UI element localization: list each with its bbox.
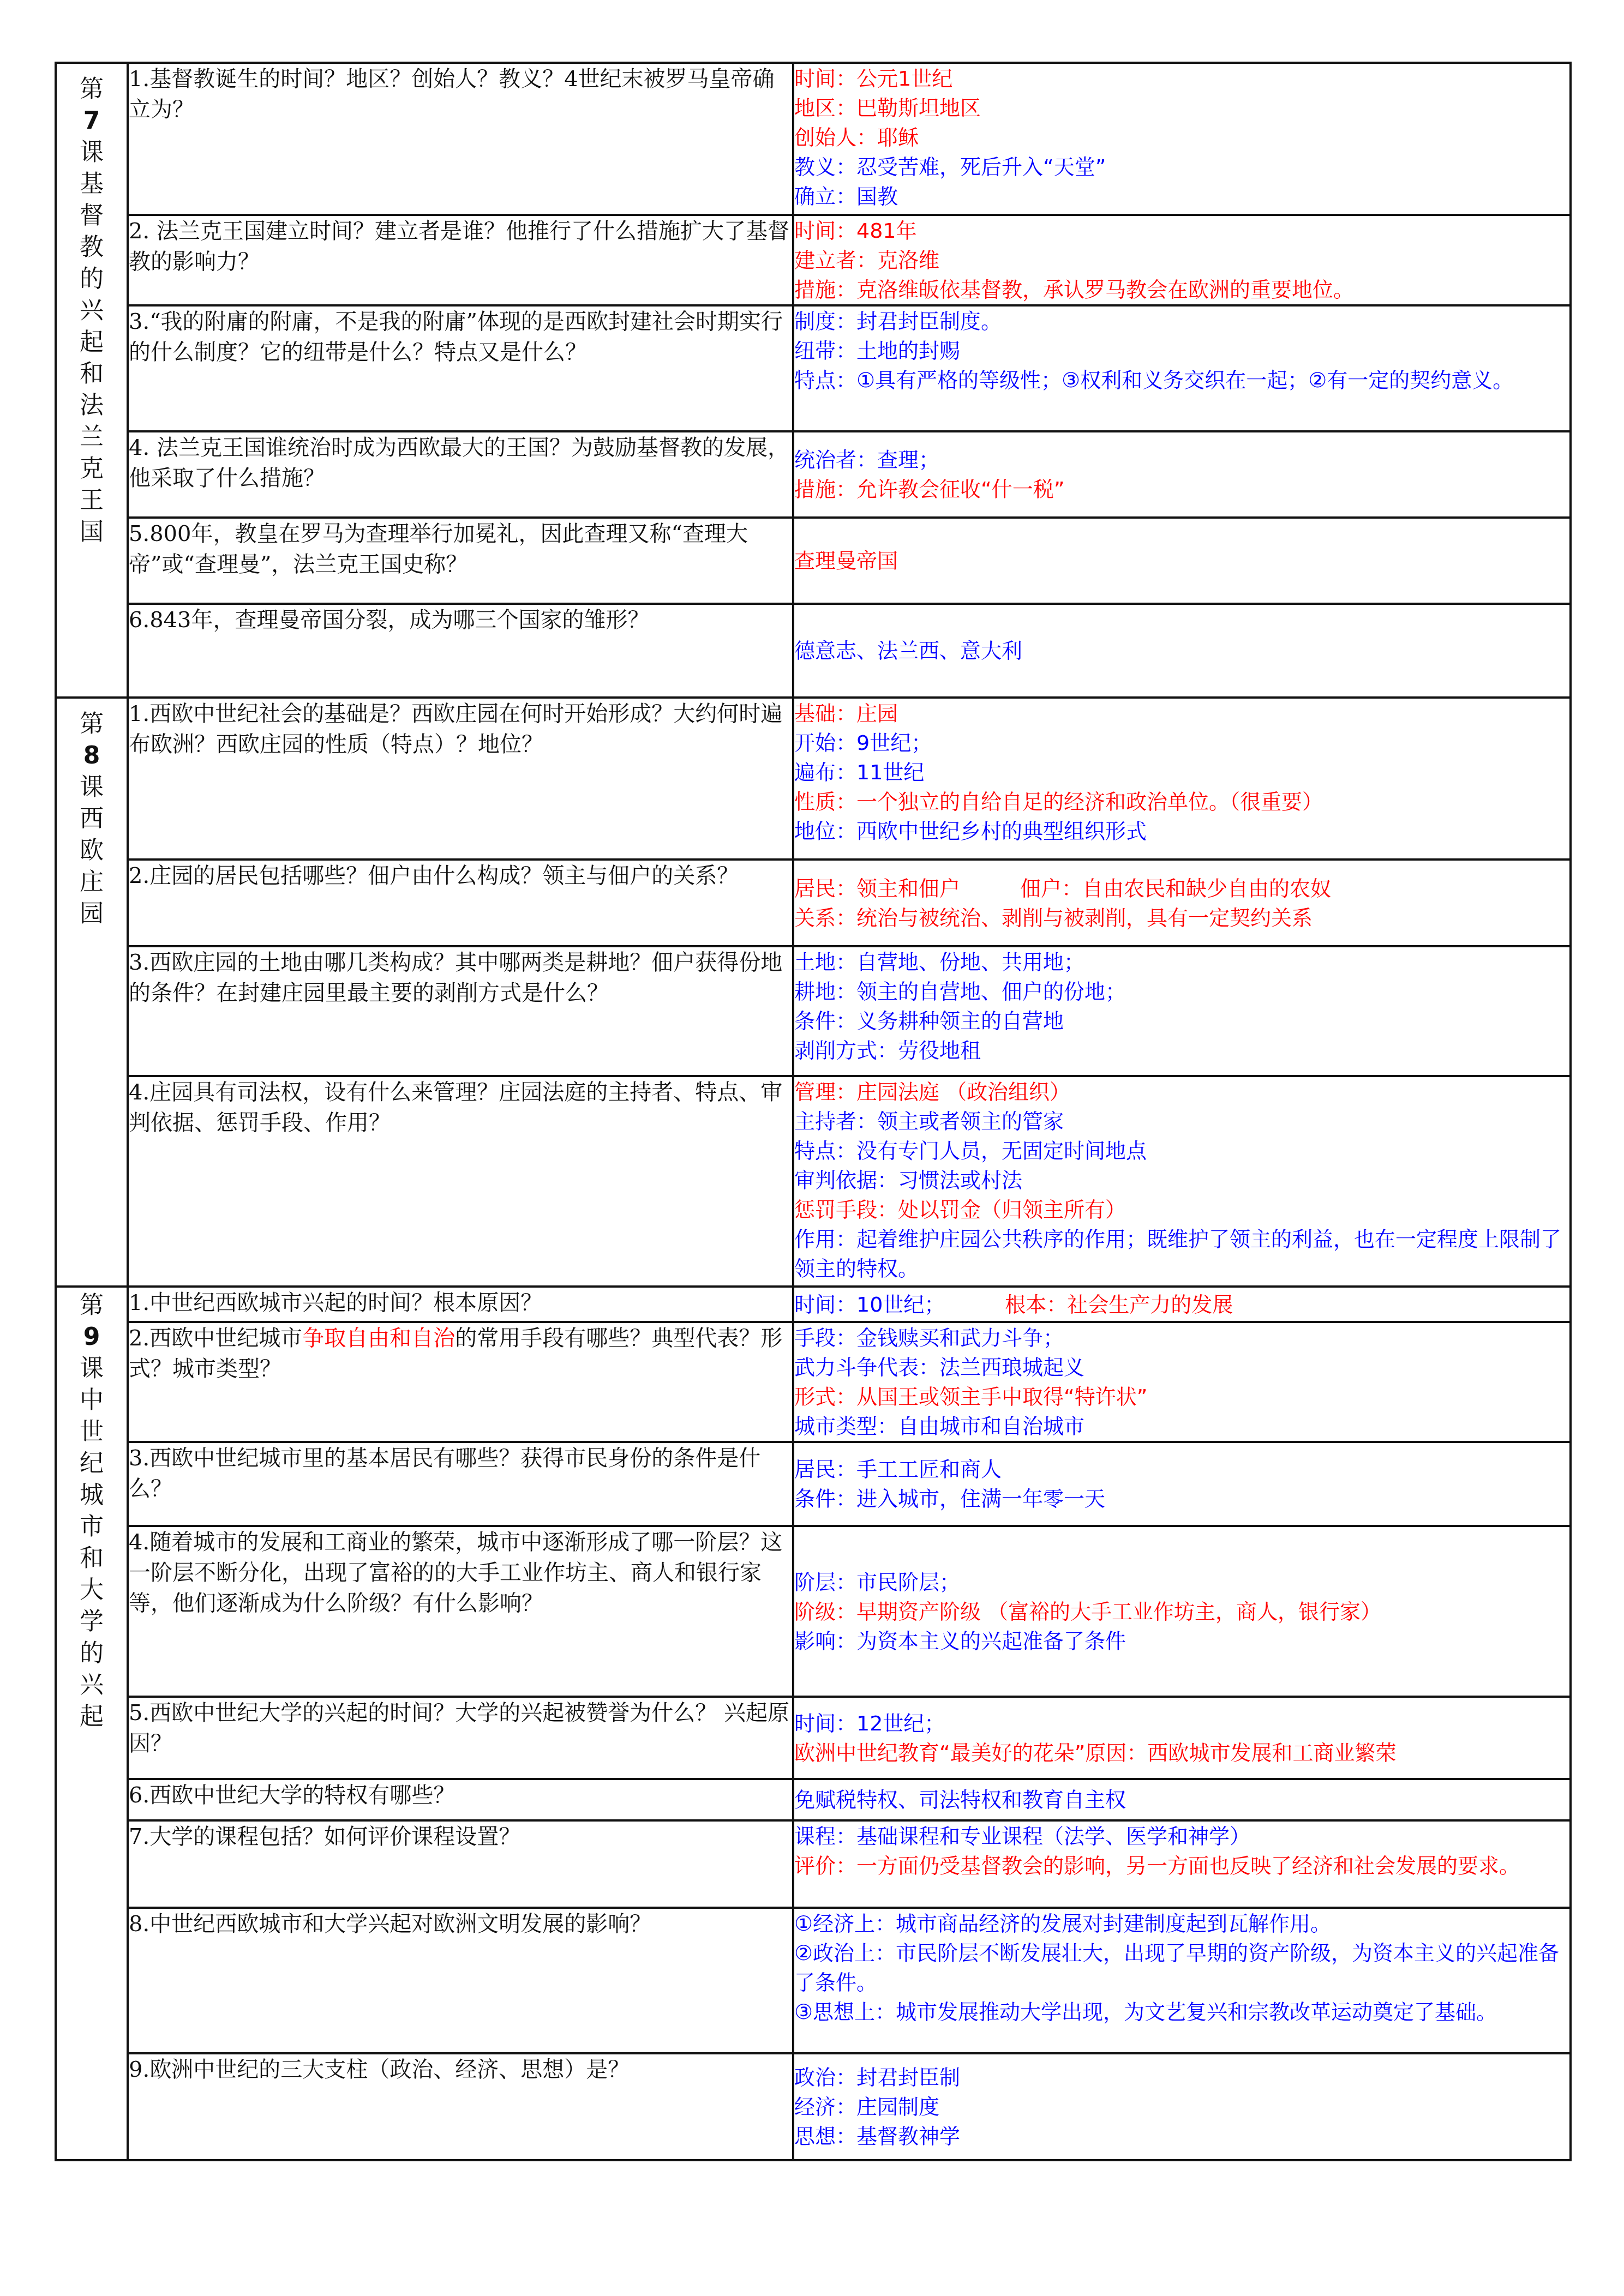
answer-cell: 课程：基础课程和专业课程（法学、医学和神学） 评价：一方面仍受基督教会的影响，另… <box>793 1820 1571 1908</box>
lesson-title-char: 兴 <box>80 1669 104 1701</box>
table-row: 7.大学的课程包括？如何评价课程设置？ 课程：基础课程和专业课程（法学、医学和神… <box>56 1820 1571 1908</box>
answer-line: 建立者：克洛维 <box>794 245 1569 275</box>
answer-cell: 时间：12世纪； 欧洲中世纪教育“最美好的花朵”原因：西欧城市发展和工商业繁荣 <box>793 1697 1571 1779</box>
answer-cell: 居民：手工工匠和商人 条件：进入城市，住满一年零一天 <box>793 1442 1571 1526</box>
lesson-title-char: 王 <box>80 485 104 516</box>
lesson-title-char: 市 <box>80 1511 104 1543</box>
answer-line: 关系：统治与被统治、剥削与被剥削，具有一定契约关系 <box>794 903 1569 933</box>
answer-line: 确立：国教 <box>794 182 1569 211</box>
answer-line: 条件：进入城市，住满一年零一天 <box>794 1484 1569 1513</box>
answer-line: 统治者：查理； <box>794 445 1569 474</box>
answer-line: 时间：12世纪； <box>794 1709 1569 1738</box>
answer-line: 管理：庄园法庭 （政治组织） <box>794 1077 1569 1107</box>
question-cell: 3.“我的附庸的附庸，不是我的附庸”体现的是西欧封建社会时期实行的什么制度？它的… <box>128 305 793 431</box>
table-row: 第 9 课 中 世 纪 城 市 和 大 学 的 兴 起 1.中世纪西欧城市兴起的… <box>56 1287 1571 1322</box>
answer-cell: 统治者：查理； 措施：允许教会征收“什一税” <box>793 431 1571 518</box>
answer-cell: 时间：481年 建立者：克洛维 措施：克洛维皈依基督教，承认罗马教会在欧洲的重要… <box>793 215 1571 305</box>
answer-cell: 阶层：市民阶层； 阶级：早期资产阶级 （富裕的大手工业作坊主，商人，银行家） 影… <box>793 1526 1571 1697</box>
lesson-title-char: 课 <box>80 137 104 169</box>
answer-line: ③思想上：城市发展推动大学出现，为文艺复兴和宗教改革运动奠定了基础。 <box>794 1997 1569 2027</box>
lesson-title-char: 兴 <box>80 295 104 327</box>
lesson-title-char: 西 <box>80 803 104 835</box>
lesson-8-title-cell: 第 8 课 西 欧 庄 园 <box>56 698 128 1287</box>
answer-line: 形式：从国王或领主手中取得“特许状” <box>794 1382 1569 1411</box>
answer-line: 特点：没有专门人员，无固定时间地点 <box>794 1136 1569 1165</box>
answer-line: 时间：10世纪；根本：社会生产力的发展 <box>794 1290 1569 1319</box>
lesson-title-char: 第 <box>80 1290 104 1321</box>
lesson-title-char: 基 <box>80 169 104 200</box>
table-row: 5.西欧中世纪大学的兴起的时间？大学的兴起被赞誉为什么？ 兴起原因？ 时间：12… <box>56 1697 1571 1779</box>
table-row: 9.欧洲中世纪的三大支柱（政治、经济、思想）是？ 政治：封君封臣制 经济：庄园制… <box>56 2053 1571 2160</box>
answer-line: 欧洲中世纪教育“最美好的花朵”原因：西欧城市发展和工商业繁荣 <box>794 1738 1569 1768</box>
question-cell: 6.843年，查理曼帝国分裂，成为哪三个国家的雏形？ <box>128 604 793 698</box>
table-row: 2. 法兰克王国建立时间？建立者是谁？他推行了什么措施扩大了基督教的影响力？ 时… <box>56 215 1571 305</box>
lesson-title-char: 督 <box>80 200 104 232</box>
answer-line: 城市类型：自由城市和自治城市 <box>794 1411 1569 1441</box>
answer-line: 条件：义务耕种领主的自营地 <box>794 1006 1569 1036</box>
answer-segment: 根本：社会生产力的发展 <box>1005 1293 1233 1317</box>
answer-cell: 时间：10世纪；根本：社会生产力的发展 <box>793 1287 1571 1322</box>
answer-cell: 管理：庄园法庭 （政治组织） 主持者：领主或者领主的管家 特点：没有专门人员，无… <box>793 1076 1571 1287</box>
answer-line: 教义：忍受苦难，死后升入“天堂” <box>794 152 1569 182</box>
lesson-title-char: 城 <box>80 1480 104 1511</box>
table-row: 第 8 课 西 欧 庄 园 1.西欧中世纪社会的基础是？西欧庄园在何时开始形成？… <box>56 698 1571 860</box>
table-row: 4. 法兰克王国谁统治时成为西欧最大的王国？为鼓励基督教的发展，他采取了什么措施… <box>56 431 1571 518</box>
table-row: 6.843年，查理曼帝国分裂，成为哪三个国家的雏形？ 德意志、法兰西、意大利 <box>56 604 1571 698</box>
table-row: 5.800年，教皇在罗马为查理举行加冕礼，因此查理又称“查理大帝”或“查理曼”，… <box>56 518 1571 604</box>
answer-line: 主持者：领主或者领主的管家 <box>794 1107 1569 1136</box>
answer-line: 耕地：领主的自营地、佃户的份地； <box>794 977 1569 1006</box>
answer-line: 德意志、法兰西、意大利 <box>794 636 1569 665</box>
answer-line: 经济：庄园制度 <box>794 2092 1569 2121</box>
lesson-title-char: 课 <box>80 772 104 803</box>
table-row: 2.庄园的居民包括哪些？佃户由什么构成？领主与佃户的关系？ 居民：领主和佃户佃户… <box>56 860 1571 946</box>
question-cell: 9.欧洲中世纪的三大支柱（政治、经济、思想）是？ <box>128 2053 793 2160</box>
answer-line: 地区：巴勒斯坦地区 <box>794 93 1569 123</box>
lesson-title-char: 法 <box>80 390 104 422</box>
lesson-title-char: 的 <box>80 1638 104 1669</box>
answer-line: 地位：西欧中世纪乡村的典型组织形式 <box>794 816 1569 846</box>
answer-line: ①经济上：城市商品经济的发展对封建制度起到瓦解作用。 <box>794 1909 1569 1938</box>
table-row: 3.西欧中世纪城市里的基本居民有哪些？获得市民身份的条件是什么？ 居民：手工工匠… <box>56 1442 1571 1526</box>
answer-cell: 免赋税特权、司法特权和教育自主权 <box>793 1779 1571 1820</box>
answer-line: 性质：一个独立的自给自足的经济和政治单位。（很重要） <box>794 787 1569 816</box>
table-row: 6.西欧中世纪大学的特权有哪些？ 免赋税特权、司法特权和教育自主权 <box>56 1779 1571 1820</box>
answer-line: 制度：封君封臣制度。 <box>794 306 1569 336</box>
answer-line: 纽带：土地的封赐 <box>794 336 1569 365</box>
answer-line: 思想：基督教神学 <box>794 2121 1569 2151</box>
question-cell: 5.西欧中世纪大学的兴起的时间？大学的兴起被赞誉为什么？ 兴起原因？ <box>128 1697 793 1779</box>
answer-line: 开始：9世纪； <box>794 728 1569 758</box>
question-cell: 1.中世纪西欧城市兴起的时间？根本原因？ <box>128 1287 793 1322</box>
question-cell: 1.基督教诞生的时间？地区？创始人？教义？4世纪末被罗马皇帝确立为？ <box>128 63 793 215</box>
lesson-title-char: 第 <box>80 708 104 740</box>
answer-line: 特点：①具有严格的等级性；③权利和义务交织在一起；②有一定的契约意义。 <box>794 365 1569 395</box>
lesson-title-char: 国 <box>80 516 104 548</box>
table-row: 2.西欧中世纪城市争取自由和自治的常用手段有哪些？典型代表？形式？城市类型？ 手… <box>56 1322 1571 1442</box>
answer-line: 土地：自营地、份地、共用地； <box>794 947 1569 977</box>
answer-line: 阶层：市民阶层； <box>794 1567 1569 1597</box>
lesson-title-char: 教 <box>80 232 104 263</box>
lesson-number: 9 <box>83 1321 100 1353</box>
answer-line: 审判依据：习惯法或村法 <box>794 1165 1569 1195</box>
question-cell: 2.西欧中世纪城市争取自由和自治的常用手段有哪些？典型代表？形式？城市类型？ <box>128 1322 793 1442</box>
table-row: 4.随着城市的发展和工商业的繁荣，城市中逐渐形成了哪一阶层？这一阶层不断分化，出… <box>56 1526 1571 1697</box>
answer-cell: 居民：领主和佃户佃户：自由农民和缺少自由的农奴 关系：统治与被统治、剥削与被剥削… <box>793 860 1571 946</box>
answer-cell: 查理曼帝国 <box>793 518 1571 604</box>
table-row: 3.西欧庄园的土地由哪几类构成？其中哪两类是耕地？佃户获得份地的条件？在封建庄园… <box>56 946 1571 1076</box>
lesson-title-char: 起 <box>80 327 104 358</box>
lesson-title-char: 课 <box>80 1353 104 1385</box>
question-cell: 8.中世纪西欧城市和大学兴起对欧洲文明发展的影响？ <box>128 1908 793 2053</box>
answer-segment: 时间：10世纪； <box>794 1293 945 1317</box>
answer-line: 时间：公元1世纪 <box>794 64 1569 93</box>
question-cell: 3.西欧庄园的土地由哪几类构成？其中哪两类是耕地？佃户获得份地的条件？在封建庄园… <box>128 946 793 1076</box>
table-row: 8.中世纪西欧城市和大学兴起对欧洲文明发展的影响？ ①经济上：城市商品经济的发展… <box>56 1908 1571 2053</box>
lesson-title: 第 9 课 中 世 纪 城 市 和 大 学 的 兴 起 <box>57 1288 127 1733</box>
lesson-7-title-cell: 第 7 课 基 督 教 的 兴 起 和 法 兰 克 王 国 <box>56 63 128 698</box>
answer-cell: 政治：封君封臣制 经济：庄园制度 思想：基督教神学 <box>793 2053 1571 2160</box>
lesson-number: 8 <box>83 740 100 772</box>
answer-cell: 基础：庄园 开始：9世纪； 遍布：11世纪 性质：一个独立的自给自足的经济和政治… <box>793 698 1571 860</box>
answer-line: 查理曼帝国 <box>794 546 1569 575</box>
answer-line: 影响：为资本主义的兴起准备了条件 <box>794 1626 1569 1656</box>
lesson-title: 第 7 课 基 督 教 的 兴 起 和 法 兰 克 王 国 <box>57 64 127 548</box>
lesson-title-char: 克 <box>80 453 104 485</box>
lesson-title-char: 大 <box>80 1574 104 1606</box>
answer-line: 剥削方式：劳役地租 <box>794 1036 1569 1065</box>
answer-cell: 制度：封君封臣制度。 纽带：土地的封赐 特点：①具有严格的等级性；③权利和义务交… <box>793 305 1571 431</box>
answer-line: 措施：克洛维皈依基督教，承认罗马教会在欧洲的重要地位。 <box>794 275 1569 304</box>
answer-line: 手段：金钱赎买和武力斗争； <box>794 1323 1569 1353</box>
question-cell: 7.大学的课程包括？如何评价课程设置？ <box>128 1820 793 1908</box>
lesson-9-title-cell: 第 9 课 中 世 纪 城 市 和 大 学 的 兴 起 <box>56 1287 128 2160</box>
question-cell: 5.800年，教皇在罗马为查理举行加冕礼，因此查理又称“查理大帝”或“查理曼”，… <box>128 518 793 604</box>
answer-cell: 手段：金钱赎买和武力斗争； 武力斗争代表：法兰西琅城起义 形式：从国王或领主手中… <box>793 1322 1571 1442</box>
answer-cell: ①经济上：城市商品经济的发展对封建制度起到瓦解作用。 ②政治上：市民阶层不断发展… <box>793 1908 1571 2053</box>
lesson-title-char: 和 <box>80 1543 104 1574</box>
answer-line: 阶级：早期资产阶级 （富裕的大手工业作坊主，商人，银行家） <box>794 1597 1569 1626</box>
lesson-title-char: 第 <box>80 74 104 105</box>
lesson-title-char: 兰 <box>80 422 104 453</box>
lesson-title-char: 学 <box>80 1606 104 1638</box>
lesson-title-char: 庄 <box>80 867 104 898</box>
question-cell: 2.庄园的居民包括哪些？佃户由什么构成？领主与佃户的关系？ <box>128 860 793 946</box>
answer-line: 措施：允许教会征收“什一税” <box>794 474 1569 504</box>
answer-line: 时间：481年 <box>794 216 1569 245</box>
lesson-title-char: 纪 <box>80 1448 104 1480</box>
answer-line: 免赋税特权、司法特权和教育自主权 <box>794 1785 1569 1814</box>
answer-line: 评价：一方面仍受基督教会的影响，另一方面也反映了经济和社会发展的要求。 <box>794 1851 1569 1880</box>
answer-line: 惩罚手段：处以罚金（归领主所有） <box>794 1195 1569 1224</box>
lesson-number: 7 <box>83 105 100 137</box>
answer-line: 居民：手工工匠和商人 <box>794 1454 1569 1484</box>
question-cell: 2. 法兰克王国建立时间？建立者是谁？他推行了什么措施扩大了基督教的影响力？ <box>128 215 793 305</box>
answer-segment: 居民：领主和佃户 <box>794 876 960 900</box>
lesson-title-char: 欧 <box>80 835 104 867</box>
lesson-title-char: 中 <box>80 1385 104 1416</box>
answer-line: 遍布：11世纪 <box>794 758 1569 787</box>
question-cell: 4.随着城市的发展和工商业的繁荣，城市中逐渐形成了哪一阶层？这一阶层不断分化，出… <box>128 1526 793 1697</box>
answer-line: 作用：起着维护庄园公共秩序的作用；既维护了领主的利益，也在一定程度上限制了领主的… <box>794 1224 1569 1283</box>
question-cell: 3.西欧中世纪城市里的基本居民有哪些？获得市民身份的条件是什么？ <box>128 1442 793 1526</box>
answer-cell: 时间：公元1世纪 地区：巴勒斯坦地区 创始人：耶稣 教义：忍受苦难，死后升入“天… <box>793 63 1571 215</box>
lesson-title-char: 起 <box>80 1701 104 1733</box>
lesson-title-char: 的 <box>80 263 104 295</box>
question-highlight: 争取自由和自治 <box>302 1326 455 1351</box>
answer-line: 政治：封君封臣制 <box>794 2063 1569 2092</box>
answer-cell: 土地：自营地、份地、共用地； 耕地：领主的自营地、佃户的份地； 条件：义务耕种领… <box>793 946 1571 1076</box>
lesson-title-char: 园 <box>80 898 104 930</box>
answer-line: 武力斗争代表：法兰西琅城起义 <box>794 1353 1569 1382</box>
answer-segment: 佃户：自由农民和缺少自由的农奴 <box>1020 876 1331 900</box>
table-row: 3.“我的附庸的附庸，不是我的附庸”体现的是西欧封建社会时期实行的什么制度？它的… <box>56 305 1571 431</box>
lesson-title-char: 世 <box>80 1416 104 1448</box>
lesson-title: 第 8 课 西 欧 庄 园 <box>57 699 127 930</box>
question-cell: 4.庄园具有司法权，设有什么来管理？庄园法庭的主持者、特点、审判依据、惩罚手段、… <box>128 1076 793 1287</box>
answer-line: 创始人：耶稣 <box>794 123 1569 152</box>
question-cell: 4. 法兰克王国谁统治时成为西欧最大的王国？为鼓励基督教的发展，他采取了什么措施… <box>128 431 793 518</box>
question-cell: 6.西欧中世纪大学的特权有哪些？ <box>128 1779 793 1820</box>
answer-line: 基础：庄园 <box>794 699 1569 728</box>
table-row: 4.庄园具有司法权，设有什么来管理？庄园法庭的主持者、特点、审判依据、惩罚手段、… <box>56 1076 1571 1287</box>
answer-cell: 德意志、法兰西、意大利 <box>793 604 1571 698</box>
answer-line: ②政治上：市民阶层不断发展壮大，出现了早期的资产阶级，为资本主义的兴起准备了条件… <box>794 1938 1569 1997</box>
question-cell: 1.西欧中世纪社会的基础是？西欧庄园在何时开始形成？大约何时遍布欧洲？西欧庄园的… <box>128 698 793 860</box>
table-row: 第 7 课 基 督 教 的 兴 起 和 法 兰 克 王 国 1.基督教诞生的 <box>56 63 1571 215</box>
answer-line: 居民：领主和佃户佃户：自由农民和缺少自由的农奴 <box>794 874 1569 903</box>
question-text: 2.西欧中世纪城市 <box>129 1326 302 1351</box>
study-table: 第 7 课 基 督 教 的 兴 起 和 法 兰 克 王 国 1.基督教诞生的 <box>55 62 1572 2161</box>
answer-line: 课程：基础课程和专业课程（法学、医学和神学） <box>794 1822 1569 1851</box>
lesson-title-char: 和 <box>80 358 104 390</box>
